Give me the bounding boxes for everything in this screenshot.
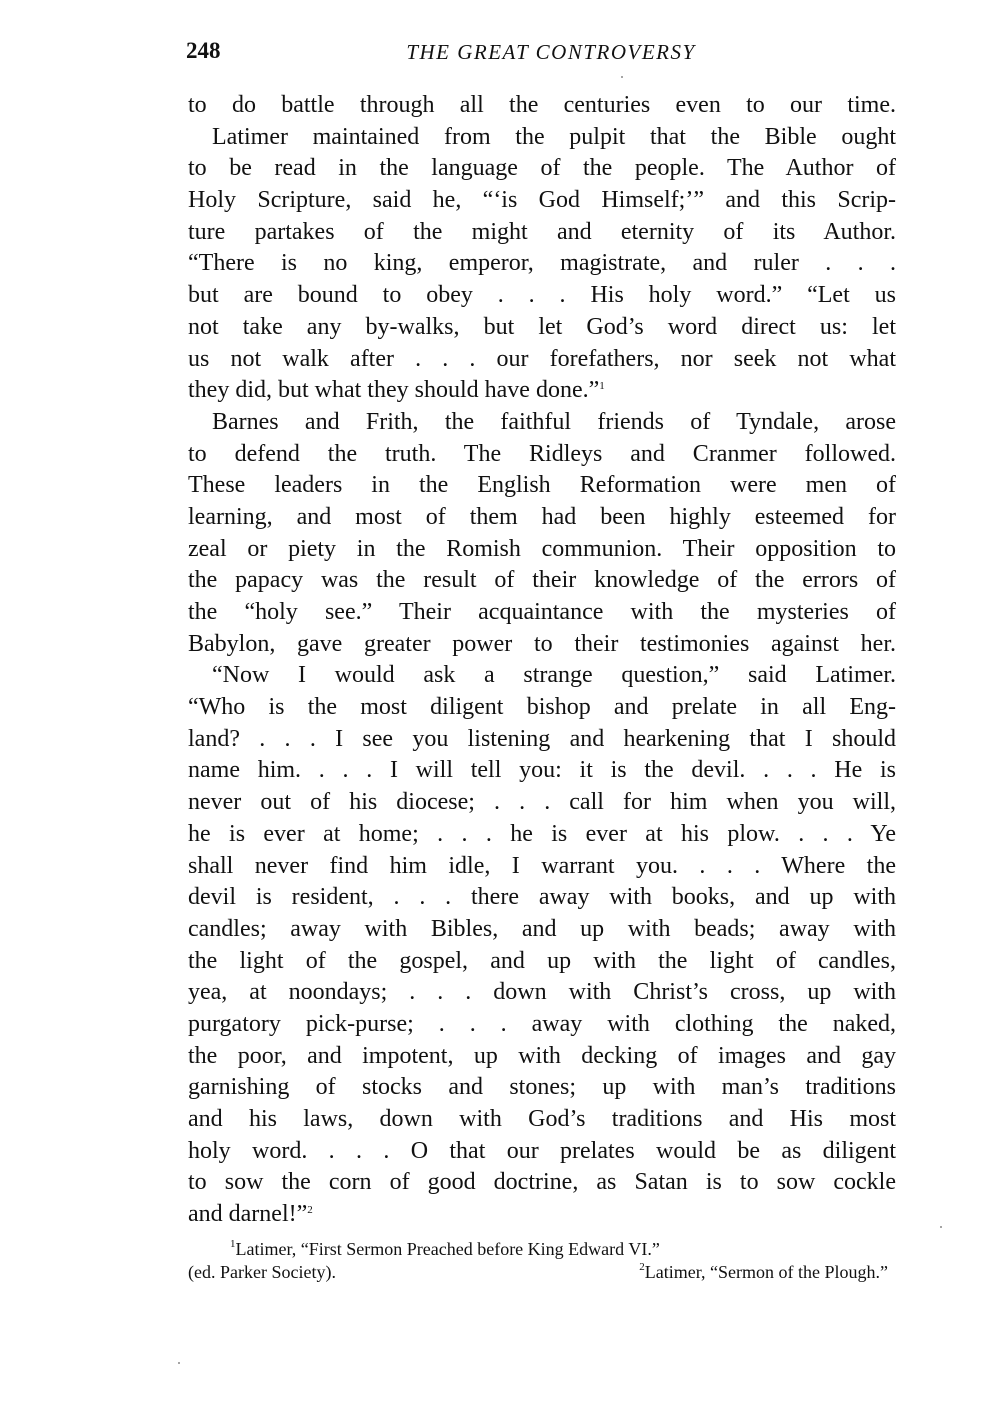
text-line-content: purgatory pick-purse; . . . away with cl… — [188, 1011, 896, 1037]
text-line-content: holy word. . . . O that our prelates wou… — [188, 1138, 896, 1164]
text-line-content: not take any by-walks, but let God’s wor… — [188, 314, 896, 340]
text-line-content: to do battle through all the centuries e… — [188, 92, 896, 118]
scan-speck — [940, 1226, 942, 1228]
text-line: and darnel!”2 — [188, 1199, 896, 1231]
text-line-content: he is ever at home; . . . he is ever at … — [188, 821, 896, 847]
text-line: learning, and most of them had been high… — [188, 502, 896, 534]
text-line: candles; away with Bibles, and up with b… — [188, 914, 896, 946]
text-line-content: to defend the truth. The Ridleys and Cra… — [188, 441, 896, 467]
footnote-reference: 2 — [307, 1204, 313, 1216]
text-line-content: land? . . . I see you listening and hear… — [188, 726, 896, 752]
text-line-content: “Now I would ask a strange question,” sa… — [212, 662, 896, 688]
text-line: “Who is the most diligent bishop and pre… — [188, 692, 896, 724]
footnotes: 1Latimer, “First Sermon Preached before … — [188, 1238, 888, 1284]
text-line-content: “Who is the most diligent bishop and pre… — [188, 694, 896, 720]
scan-speck — [621, 76, 623, 78]
text-line: Babylon, gave greater power to their tes… — [188, 629, 896, 661]
text-line: to sow the corn of good doctrine, as Sat… — [188, 1167, 896, 1199]
text-line: the “holy see.” Their acquaintance with … — [188, 597, 896, 629]
text-line-content: name him. . . . I will tell you: it is t… — [188, 757, 896, 783]
text-line-content: they did, but what they should have done… — [188, 377, 599, 403]
text-line: purgatory pick-purse; . . . away with cl… — [188, 1009, 896, 1041]
text-line-content: never out of his diocese; . . . call for… — [188, 789, 896, 815]
book-page: 248 THE GREAT CONTROVERSY to do battle t… — [0, 0, 1000, 1414]
text-line-content: devil is resident, . . . there away with… — [188, 884, 896, 910]
page-header: 248 THE GREAT CONTROVERSY — [186, 38, 896, 68]
text-line: holy word. . . . O that our prelates wou… — [188, 1136, 896, 1168]
text-line-content: to sow the corn of good doctrine, as Sat… — [188, 1169, 896, 1195]
text-line-content: shall never find him idle, I warrant you… — [188, 853, 896, 879]
text-line-content: Latimer maintained from the pulpit that … — [212, 124, 896, 150]
text-line-content: ture partakes of the might and eternity … — [188, 219, 896, 245]
text-line-content: These leaders in the English Reformation… — [188, 472, 896, 498]
text-line: name him. . . . I will tell you: it is t… — [188, 755, 896, 787]
text-line: Barnes and Frith, the faithful friends o… — [188, 407, 896, 439]
text-line: devil is resident, . . . there away with… — [188, 882, 896, 914]
text-line: to be read in the language of the people… — [188, 153, 896, 185]
text-line: to defend the truth. The Ridleys and Cra… — [188, 439, 896, 471]
text-line: “There is no king, emperor, magistrate, … — [188, 248, 896, 280]
text-line: land? . . . I see you listening and hear… — [188, 724, 896, 756]
body-text: to do battle through all the centuries e… — [188, 90, 896, 1231]
text-line: to do battle through all the centuries e… — [188, 90, 896, 122]
text-line-content: but are bound to obey . . . His holy wor… — [188, 282, 896, 308]
text-line-content: Babylon, gave greater power to their tes… — [188, 631, 896, 657]
footnote-1-continuation: (ed. Parker Society). — [188, 1261, 336, 1284]
text-line: garnishing of stocks and stones; up with… — [188, 1072, 896, 1104]
text-line-content: “There is no king, emperor, magistrate, … — [188, 250, 896, 276]
text-line-content: zeal or piety in the Romish communion. T… — [188, 536, 896, 562]
text-line-content: garnishing of stocks and stones; up with… — [188, 1074, 896, 1100]
footnote-2: 2Latimer, “Sermon of the Plough.” — [639, 1261, 888, 1284]
text-line: yea, at noondays; . . . down with Christ… — [188, 977, 896, 1009]
text-line-content: candles; away with Bibles, and up with b… — [188, 916, 896, 942]
footnote-2-text: Latimer, “Sermon of the Plough.” — [645, 1262, 888, 1282]
text-line-content: Barnes and Frith, the faithful friends o… — [212, 409, 896, 435]
text-line-content: the “holy see.” Their acquaintance with … — [188, 599, 896, 625]
text-line: he is ever at home; . . . he is ever at … — [188, 819, 896, 851]
text-line: These leaders in the English Reformation… — [188, 470, 896, 502]
footnote-1-text: Latimer, “First Sermon Preached before K… — [236, 1239, 660, 1259]
scan-speck — [178, 1362, 180, 1364]
text-line: they did, but what they should have done… — [188, 375, 896, 407]
text-line: never out of his diocese; . . . call for… — [188, 787, 896, 819]
text-line-content: and darnel!” — [188, 1201, 307, 1227]
text-line: “Now I would ask a strange question,” sa… — [188, 660, 896, 692]
running-title: THE GREAT CONTROVERSY — [186, 40, 896, 65]
text-line-content: to be read in the language of the people… — [188, 155, 896, 181]
text-line: us not walk after . . . our forefathers,… — [188, 344, 896, 376]
text-line-content: the papacy was the result of their knowl… — [188, 567, 896, 593]
text-line: Holy Scripture, said he, “‘is God Himsel… — [188, 185, 896, 217]
text-line: the poor, and impotent, up with decking … — [188, 1041, 896, 1073]
text-line-content: us not walk after . . . our forefathers,… — [188, 346, 896, 372]
text-line: ture partakes of the might and eternity … — [188, 217, 896, 249]
text-line: the light of the gospel, and up with the… — [188, 946, 896, 978]
text-line-content: the poor, and impotent, up with decking … — [188, 1043, 896, 1069]
footnote-1: 1Latimer, “First Sermon Preached before … — [188, 1238, 888, 1261]
text-line-content: learning, and most of them had been high… — [188, 504, 896, 530]
footnote-line-2: (ed. Parker Society). 2Latimer, “Sermon … — [188, 1261, 888, 1284]
text-line: shall never find him idle, I warrant you… — [188, 851, 896, 883]
text-line: Latimer maintained from the pulpit that … — [188, 122, 896, 154]
text-line: but are bound to obey . . . His holy wor… — [188, 280, 896, 312]
text-line-content: and his laws, down with God’s traditions… — [188, 1106, 896, 1132]
text-line-content: the light of the gospel, and up with the… — [188, 948, 896, 974]
text-line-content: yea, at noondays; . . . down with Christ… — [188, 979, 896, 1005]
text-line: the papacy was the result of their knowl… — [188, 565, 896, 597]
text-line: zeal or piety in the Romish communion. T… — [188, 534, 896, 566]
text-line: and his laws, down with God’s traditions… — [188, 1104, 896, 1136]
footnote-reference: 1 — [599, 380, 605, 392]
text-line-content: Holy Scripture, said he, “‘is God Himsel… — [188, 187, 896, 213]
text-line: not take any by-walks, but let God’s wor… — [188, 312, 896, 344]
